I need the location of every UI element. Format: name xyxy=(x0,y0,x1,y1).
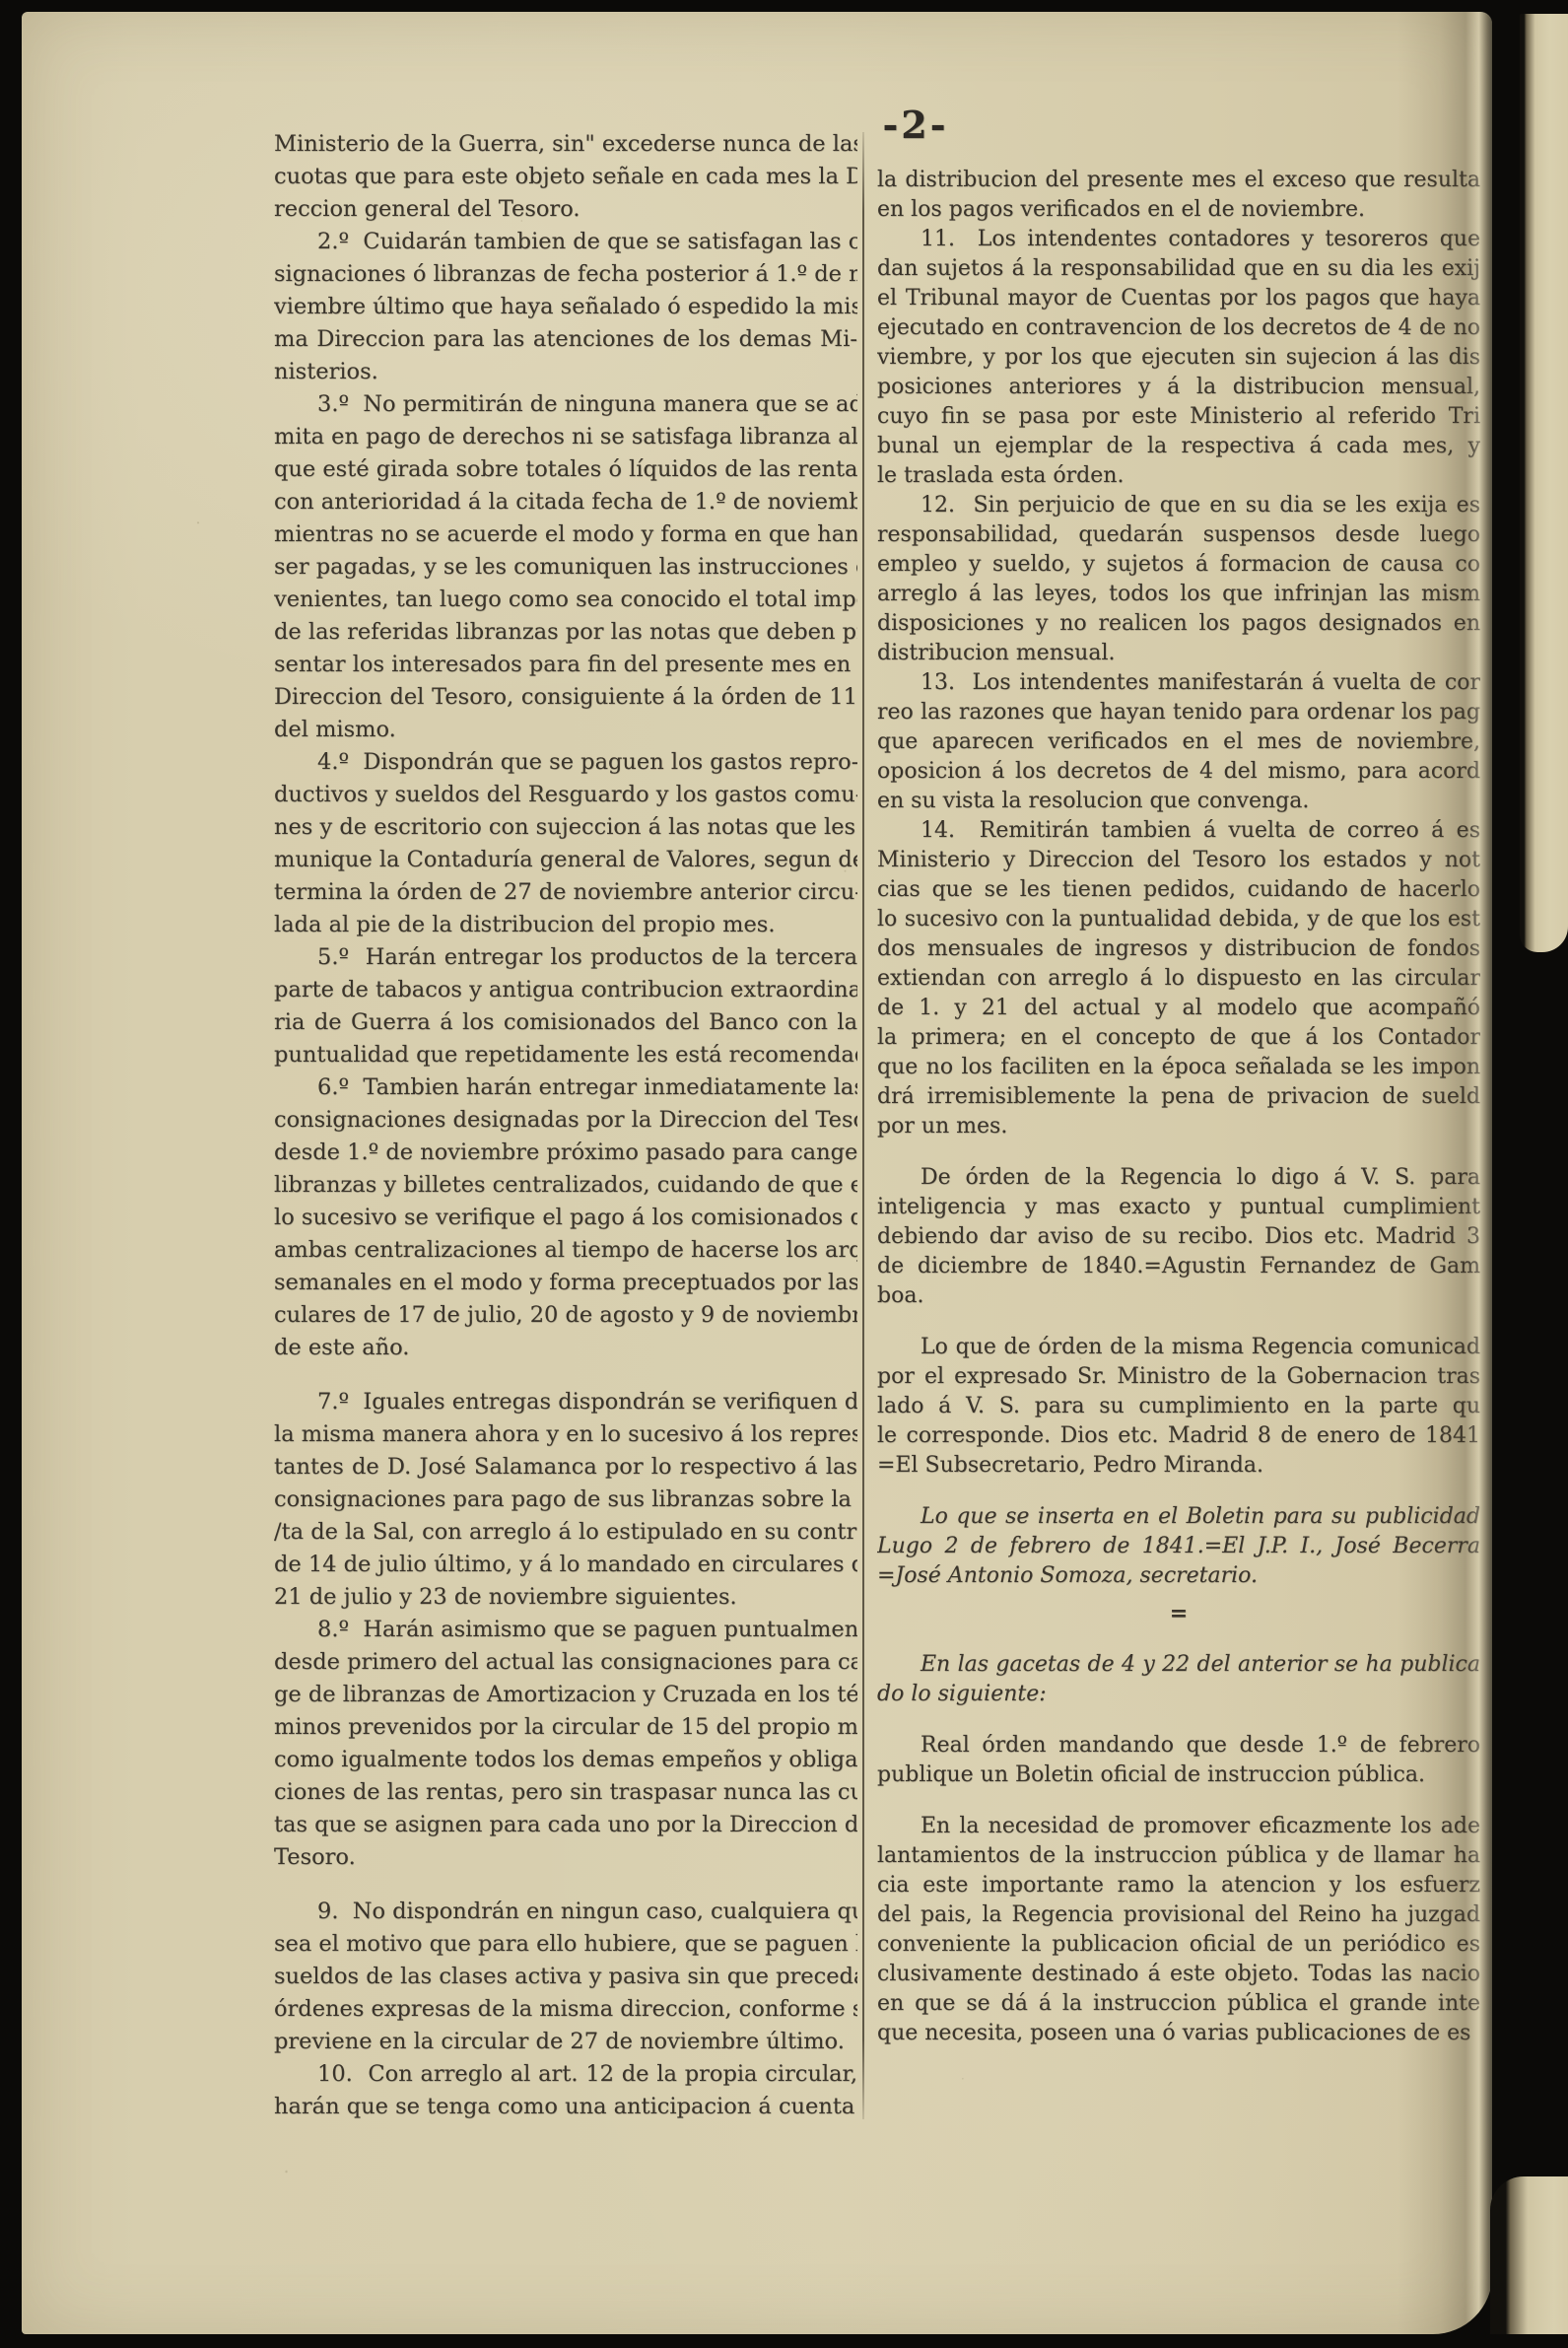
text-line: la distribucion del presente mes el exce… xyxy=(877,166,1480,195)
text-line: disposiciones y no realicen los pagos de… xyxy=(877,609,1480,639)
text-line: oposicion á los decretos de 4 del mismo,… xyxy=(877,757,1480,787)
text-line: 3.º No permitirán de ninguna manera que … xyxy=(274,388,857,421)
text-line: nes y de escritorio con sujeccion á las … xyxy=(274,811,857,844)
text-line: lo sucesivo se verifique el pago á los c… xyxy=(274,1202,857,1234)
text-line: 2.º Cuidarán tambien de que se satisfaga… xyxy=(274,226,857,258)
text-line: 12. Sin perjuicio de que en su dia se le… xyxy=(877,491,1480,520)
text-line: cuyo fin se pasa por este Ministerio al … xyxy=(877,402,1480,432)
text-line: tas que se asignen para cada uno por la … xyxy=(274,1809,857,1841)
page-number: -2- xyxy=(861,103,970,147)
text-line: venientes, tan luego como sea conocido e… xyxy=(274,584,857,616)
text-line: desde 1.º de noviembre próximo pasado pa… xyxy=(274,1137,857,1169)
text-line: 14. Remitirán tambien á vuelta de correo… xyxy=(877,816,1480,846)
next-page-edge-top xyxy=(1520,14,1568,952)
text-line: ductivos y sueldos del Resguardo y los g… xyxy=(274,779,857,811)
text-line: De órden de la Regencia lo digo á V. S. … xyxy=(877,1163,1480,1193)
column-divider-rule xyxy=(862,132,864,2119)
text-line: en que se dá á la instruccion pública el… xyxy=(877,1989,1480,2019)
text-line: como igualmente todos los demas empeños … xyxy=(274,1744,857,1776)
text-line: publique un Boletin oficial de instrucci… xyxy=(877,1761,1480,1790)
text-line: Lugo 2 de febrero de 1841.=El J.P. I., J… xyxy=(877,1532,1480,1561)
text-line: viembre, y por los que ejecuten sin suje… xyxy=(877,343,1480,373)
text-line: viembre último que haya señalado ó esped… xyxy=(274,291,857,323)
text-line: 8.º Harán asimismo que se paguen puntual… xyxy=(274,1614,857,1646)
text-line: Lo que se inserta en el Boletin para su … xyxy=(877,1502,1480,1532)
text-line: órdenes expresas de la misma direccion, … xyxy=(274,1993,857,2026)
text-line: reo las razones que hayan tenido para or… xyxy=(877,698,1480,727)
text-line: dos mensuales de ingresos y distribucion… xyxy=(877,934,1480,964)
text-line: por el expresado Sr. Ministro de la Gobe… xyxy=(877,1362,1480,1392)
text-line: 6.º Tambien harán entregar inmediatament… xyxy=(274,1071,857,1104)
column-right: la distribucion del presente mes el exce… xyxy=(877,166,1480,2048)
text-line: en los pagos verificados en el de noviem… xyxy=(877,195,1480,225)
next-page-edge-bottom xyxy=(1490,2176,1568,2334)
text-line: puntualidad que repetidamente les está r… xyxy=(274,1039,857,1071)
text-line: que necesita, poseen una ó varias public… xyxy=(877,2019,1480,2048)
text-line: En las gacetas de 4 y 22 del anterior se… xyxy=(877,1650,1480,1680)
text-line: ejecutado en contravencion de los decret… xyxy=(877,313,1480,343)
text-line: ge de libranzas de Amortizacion y Cruzad… xyxy=(274,1679,857,1711)
text-line: Lo que de órden de la misma Regencia com… xyxy=(877,1333,1480,1362)
text-line: nisterios. xyxy=(274,356,857,388)
text-line: drá irremisiblemente la pena de privacio… xyxy=(877,1082,1480,1112)
text-line: harán que se tenga como una anticipacion… xyxy=(274,2091,857,2123)
text-line: ria de Guerra á los comisionados del Ban… xyxy=(274,1006,857,1039)
text-line: 9. No dispondrán en ningun caso, cualqui… xyxy=(274,1896,857,1928)
text-line: sueldos de las clases activa y pasiva si… xyxy=(274,1961,857,1993)
text-line: de las referidas libranzas por las notas… xyxy=(274,616,857,649)
text-line: desde primero del actual las consignacio… xyxy=(274,1646,857,1679)
text-line: sea el motivo que para ello hubiere, que… xyxy=(274,1928,857,1961)
text-line: libranzas y billetes centralizados, cuid… xyxy=(274,1169,857,1202)
text-line: 11. Los intendentes contadores y tesorer… xyxy=(877,225,1480,254)
text-line: debiendo dar aviso de su recibo. Dios et… xyxy=(877,1222,1480,1252)
text-line: ma Direccion para las atenciones de los … xyxy=(274,323,857,356)
page-sheet: -2- Ministerio de la Guerra, sin" excede… xyxy=(22,12,1492,2334)
column-left: Ministerio de la Guerra, sin" excederse … xyxy=(274,128,857,2123)
text-line: cia este importante ramo la atencion y l… xyxy=(877,1871,1480,1900)
text-line: el Tribunal mayor de Cuentas por los pag… xyxy=(877,284,1480,313)
text-line: conveniente la publicacion oficial de un… xyxy=(877,1930,1480,1960)
text-line: lada al pie de la distribucion del propi… xyxy=(274,909,857,941)
text-line: tantes de D. José Salamanca por lo respe… xyxy=(274,1451,857,1484)
text-line: empleo y sueldo, y sujetos á formacion d… xyxy=(877,550,1480,580)
text-line: inteligencia y mas exacto y puntual cump… xyxy=(877,1193,1480,1222)
text-line: con anterioridad á la citada fecha de 1.… xyxy=(274,486,857,518)
text-line: del mismo. xyxy=(274,714,857,746)
text-line: posiciones anteriores y á la distribucio… xyxy=(877,373,1480,402)
text-line: del pais, la Regencia provisional del Re… xyxy=(877,1900,1480,1930)
text-line: 7.º Iguales entregas dispondrán se verif… xyxy=(274,1386,857,1418)
text-line: de 14 de julio último, y á lo mandado en… xyxy=(274,1549,857,1581)
text-line: termina la órden de 27 de noviembre ante… xyxy=(274,876,857,909)
text-line: previene en la circular de 27 de noviemb… xyxy=(274,2026,857,2058)
text-line: boa. xyxy=(877,1281,1480,1311)
text-line: minos prevenidos por la circular de 15 d… xyxy=(274,1711,857,1744)
text-line: le corresponde. Dios etc. Madrid 8 de en… xyxy=(877,1421,1480,1451)
text-line: clusivamente destinado á este objeto. To… xyxy=(877,1960,1480,1989)
text-line: 5.º Harán entregar los productos de la t… xyxy=(274,941,857,974)
text-line: la primera; en el concepto de que á los … xyxy=(877,1023,1480,1053)
text-line: /ta de la Sal, con arreglo á lo estipula… xyxy=(274,1516,857,1549)
text-line: Ministerio y Direccion del Tesoro los es… xyxy=(877,846,1480,875)
text-line: cias que se les tienen pedidos, cuidando… xyxy=(877,875,1480,905)
text-line: bunal un ejemplar de la respectiva á cad… xyxy=(877,432,1480,461)
text-line: =El Subsecretario, Pedro Miranda. xyxy=(877,1451,1480,1481)
text-line: mita en pago de derechos ni se satisfaga… xyxy=(274,421,857,453)
text-line: por un mes. xyxy=(877,1112,1480,1141)
text-line: 13. Los intendentes manifestarán á vuelt… xyxy=(877,668,1480,698)
text-line: signaciones ó libranzas de fecha posteri… xyxy=(274,258,857,291)
text-line: arreglo á las leyes, todos los que infri… xyxy=(877,580,1480,609)
text-line: la misma manera ahora y en lo sucesivo á… xyxy=(274,1418,857,1451)
text-line: = xyxy=(877,1599,1480,1628)
text-line: cuotas que para este objeto señale en ca… xyxy=(274,161,857,193)
text-line: sentar los interesados para fin del pres… xyxy=(274,649,857,681)
text-line: que no los faciliten en la época señalad… xyxy=(877,1053,1480,1082)
text-line: lado á V. S. para su cumplimiento en la … xyxy=(877,1392,1480,1421)
text-line: semanales en el modo y forma preceptuado… xyxy=(274,1267,857,1299)
scanned-document-page: -2- Ministerio de la Guerra, sin" excede… xyxy=(0,0,1568,2348)
text-line: ciones de las rentas, pero sin traspasar… xyxy=(274,1776,857,1809)
text-line: ambas centralizaciones al tiempo de hace… xyxy=(274,1234,857,1267)
text-line: responsabilidad, quedarán suspensos desd… xyxy=(877,520,1480,550)
text-line: ser pagadas, y se les comuniquen las ins… xyxy=(274,551,857,584)
text-line: do lo siguiente: xyxy=(877,1680,1480,1709)
text-line: munique la Contaduría general de Valores… xyxy=(274,844,857,876)
text-line: extiendan con arreglo á lo dispuesto en … xyxy=(877,964,1480,994)
text-line: 4.º Dispondrán que se paguen los gastos … xyxy=(274,746,857,779)
text-line: =José Antonio Somoza, secretario. xyxy=(877,1561,1480,1591)
text-line: dan sujetos á la responsabilidad que en … xyxy=(877,254,1480,284)
text-line: 21 de julio y 23 de noviembre siguientes… xyxy=(274,1581,857,1614)
text-line: mientras no se acuerde el modo y forma e… xyxy=(274,518,857,551)
text-line: de este año. xyxy=(274,1332,857,1364)
text-line: parte de tabacos y antigua contribucion … xyxy=(274,974,857,1006)
text-line: que esté girada sobre totales ó líquidos… xyxy=(274,453,857,486)
text-line: en su vista la resolucion que convenga. xyxy=(877,787,1480,816)
text-line: de diciembre de 1840.=Agustin Fernandez … xyxy=(877,1252,1480,1281)
text-line: distribucion mensual. xyxy=(877,639,1480,668)
text-line: Tesoro. xyxy=(274,1841,857,1874)
text-line: 10. Con arreglo al art. 12 de la propia … xyxy=(274,2058,857,2091)
text-line: consignaciones designadas por la Direcci… xyxy=(274,1104,857,1137)
text-line: lantamientos de la instruccion pública y… xyxy=(877,1841,1480,1871)
text-line: En la necesidad de promover eficazmente … xyxy=(877,1812,1480,1841)
text-line: culares de 17 de julio, 20 de agosto y 9… xyxy=(274,1299,857,1332)
text-line: reccion general del Tesoro. xyxy=(274,193,857,226)
text-line: de 1. y 21 del actual y al modelo que ac… xyxy=(877,994,1480,1023)
text-line: consignaciones para pago de sus libranza… xyxy=(274,1484,857,1516)
text-line: que aparecen verificados en el mes de no… xyxy=(877,727,1480,757)
text-line: le traslada esta órden. xyxy=(877,461,1480,491)
text-line: Real órden mandando que desde 1.º de feb… xyxy=(877,1731,1480,1761)
text-line: Ministerio de la Guerra, sin" excederse … xyxy=(274,128,857,161)
text-line: Direccion del Tesoro, consiguiente á la … xyxy=(274,681,857,714)
text-line: lo sucesivo con la puntualidad debida, y… xyxy=(877,905,1480,934)
